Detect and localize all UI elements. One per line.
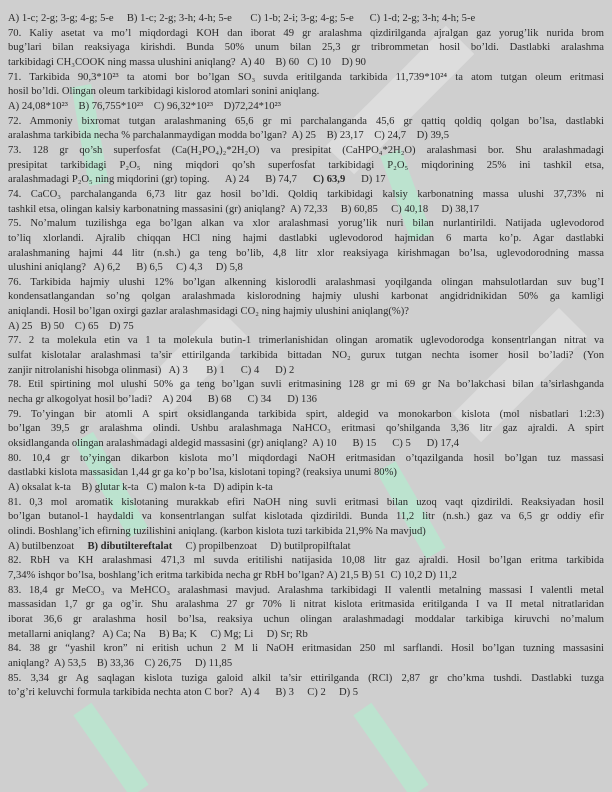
text-line: 73. 128 gr qo’sh superfosfat (Ca(H₂PO₄)₂… (8, 144, 604, 159)
text-line: tarkibidagi CH₃COOK ning massa ulushini … (8, 56, 604, 71)
line-text: presipitat tarkibidagi P₂O₅ ning miqdori… (8, 160, 604, 171)
line-text: sulfat kislotalar aralashmasi ta’sir ett… (8, 350, 604, 361)
line-text: iborat 36,6 gr aralashma hosil bo’lsa, r… (8, 614, 604, 625)
line-text: hosil bo’ldi. Olingan oleum tarkibidagi … (8, 86, 319, 97)
correct-answer: C) 63,9 (313, 174, 345, 185)
line-text: A) 1-c; 2-g; 3-g; 4-g; 5-e B) 1-c; 2-g; … (8, 13, 475, 24)
line-text: 74. CaCO₃ parchalanganda 6,73 litr gaz h… (8, 189, 604, 200)
text-line: 83. 18,4 gr MeCO₃ va MeHCO₃ aralashmasi … (8, 584, 604, 599)
line-text: necha gr alkogolyat hosil bo’ladi? A) 20… (8, 394, 317, 405)
line-text: bug’lari bilan reaksiyaga kirishdi. Bund… (8, 42, 604, 53)
document-page: A) 1-c; 2-g; 3-g; 4-g; 5-e B) 1-c; 2-g; … (8, 12, 604, 701)
text-line: A) 25 B) 50 C) 65 D) 75 (8, 320, 604, 335)
text-line: 7,34% ishqor bo’lsa, boshlang’ich eritma… (8, 569, 604, 584)
text-line: 76. Tarkibida hajmiy ulushi 12% bo’lgan … (8, 276, 604, 291)
line-text: aralashmaning hajmi 44 litr (n.sh.) ga t… (8, 248, 604, 259)
line-text: 7,34% ishqor bo’lsa, boshlang’ich eritma… (8, 570, 457, 581)
line-text: kondensatlangandan so’ng qolgan aralashm… (8, 291, 604, 302)
text-line: A) 1-c; 2-g; 3-g; 4-g; 5-e B) 1-c; 2-g; … (8, 12, 604, 27)
text-line: sulfat kislotalar aralashmasi ta’sir ett… (8, 349, 604, 364)
text-line: massasidan 1,7 gr ga og’ir. Shu aralashm… (8, 598, 604, 613)
line-text: A) 25 B) 50 C) 65 D) 75 (8, 321, 134, 332)
text-line: A) butilbenzoat B) dibutiltereftalat C) … (8, 540, 604, 555)
text-line: bug’lari bilan reaksiyaga kirishdi. Bund… (8, 41, 604, 56)
text-line: 80. 10,4 gr to’yingan dikarbon kislota m… (8, 452, 604, 467)
line-text: 84. 38 gr “yashil kron” ni eritish uchun… (8, 643, 604, 654)
text-line: metallarni aniqlang? A) Ca; Na B) Ba; K … (8, 628, 604, 643)
line-text: dastlabki kislota massasidan 1,44 gr ga … (8, 467, 397, 478)
watermark-shape (353, 703, 428, 792)
text-line: 85. 3,34 gr Ag saqlagan kislota tuziga g… (8, 672, 604, 687)
text-line: oksidlanganda olingan aralashmadagi alde… (8, 437, 604, 452)
text-line: 78. Etil spirtining mol ulushi 50% ga te… (8, 378, 604, 393)
line-text: olindi. Boshlang’ich efirning tuzilishin… (8, 526, 426, 537)
text-line: aniqlandi. Hosil bo’lgan oxirgi gazlar a… (8, 305, 604, 320)
text-line: presipitat tarkibidagi P₂O₅ ning miqdori… (8, 159, 604, 174)
text-line: 77. 2 ta molekula etin va 1 ta molekula … (8, 334, 604, 349)
text-line: aniqlang? A) 53,5 B) 33,36 C) 26,75 D) 1… (8, 657, 604, 672)
line-text: C) propilbenzoat D) butilpropilftalat (172, 541, 350, 552)
text-line: A) oksalat k-ta B) glutar k-ta C) malon … (8, 481, 604, 496)
line-text: 78. Etil spirtining mol ulushi 50% ga te… (8, 379, 604, 390)
line-text: 77. 2 ta molekula etin va 1 ta molekula … (8, 335, 604, 346)
line-text: 72. Ammoniy bixromat tutgan aralashmanin… (8, 116, 604, 127)
correct-answer: B) dibutiltereftalat (87, 541, 172, 552)
text-line: tashkil etsa, olingan kalsiy karbonatnin… (8, 203, 604, 218)
text-line: kondensatlangandan so’ng qolgan aralashm… (8, 290, 604, 305)
text-line: A) 24,08*10²³ B) 76,755*10²³ C) 96,32*10… (8, 100, 604, 115)
text-line: 71. Tarkibida 90,3*10²³ ta atomi bor bo’… (8, 71, 604, 86)
line-text: tashkil etsa, olingan kalsiy karbonatnin… (8, 204, 479, 215)
line-text: A) butilbenzoat (8, 541, 87, 552)
text-line: bo’lgan 39,5 gr aralashma olindi. Ushbu … (8, 422, 604, 437)
line-text: aralashmadagi P₂O₅ ning miqdorini (gr) t… (8, 174, 313, 185)
line-text: D) 17 (345, 174, 385, 185)
text-line: 79. To’yingan bir atomli A spirt oksidla… (8, 408, 604, 423)
line-text: 85. 3,34 gr Ag saqlagan kislota tuziga g… (8, 673, 604, 684)
line-text: A) 24,08*10²³ B) 76,755*10²³ C) 96,32*10… (8, 101, 281, 112)
text-line: olindi. Boshlang’ich efirning tuzilishin… (8, 525, 604, 540)
line-text: to’g’ri keluvchi formula tarkibida necht… (8, 687, 358, 698)
line-text: massasidan 1,7 gr ga og’ir. Shu aralashm… (8, 599, 604, 610)
line-text: 79. To’yingan bir atomli A spirt oksidla… (8, 409, 604, 420)
line-text: 83. 18,4 gr MeCO₃ va MeHCO₃ aralashmasi … (8, 585, 604, 596)
text-line: aralashma tarkibida necha % parchalanmay… (8, 129, 604, 144)
text-line: aralashmadagi P₂O₅ ning miqdorini (gr) t… (8, 173, 604, 188)
text-line: necha gr alkogolyat hosil bo’ladi? A) 20… (8, 393, 604, 408)
text-line: 81. 0,3 mol aromatik kislotaning murakka… (8, 496, 604, 511)
text-line: aralashmaning hajmi 44 litr (n.sh.) ga t… (8, 247, 604, 262)
line-text: 75. No’malum tuzilishga ega bo’lgan alka… (8, 218, 604, 229)
text-line: bo’lgan butanol-1 haydaldi va konsentrla… (8, 510, 604, 525)
text-line: iborat 36,6 gr aralashma hosil bo’lsa, r… (8, 613, 604, 628)
line-text: aniqlang? A) 53,5 B) 33,36 C) 26,75 D) 1… (8, 658, 232, 669)
line-text: 71. Tarkibida 90,3*10²³ ta atomi bor bo’… (8, 72, 604, 83)
text-line: 82. RbH va KH aralashmasi 471,3 ml suvda… (8, 554, 604, 569)
line-text: bo’lgan butanol-1 haydaldi va konsentrla… (8, 511, 604, 522)
line-text: ulushini aniqlang? A) 6,2 B) 6,5 C) 4,3 … (8, 262, 243, 273)
text-line: hosil bo’ldi. Olingan oleum tarkibidagi … (8, 85, 604, 100)
line-text: to’liq xlorlandi. Ajralib chiqqan HCl ni… (8, 233, 604, 244)
text-line: 75. No’malum tuzilishga ega bo’lgan alka… (8, 217, 604, 232)
line-text: zanjir nitrolanishi hisobga olinmasi) A)… (8, 365, 294, 376)
line-text: aralashma tarkibida necha % parchalanmay… (8, 130, 449, 141)
watermark-shape (73, 703, 148, 792)
line-text: 82. RbH va KH aralashmasi 471,3 ml suvda… (8, 555, 604, 566)
line-text: 73. 128 gr qo’sh superfosfat (Ca(H₂PO₄)₂… (8, 145, 604, 156)
text-line: 74. CaCO₃ parchalanganda 6,73 litr gaz h… (8, 188, 604, 203)
line-text: aniqlandi. Hosil bo’lgan oxirgi gazlar a… (8, 306, 409, 317)
line-text: bo’lgan 39,5 gr aralashma olindi. Ushbu … (8, 423, 604, 434)
text-line: to’liq xlorlandi. Ajralib chiqqan HCl ni… (8, 232, 604, 247)
line-text: 80. 10,4 gr to’yingan dikarbon kislota m… (8, 453, 604, 464)
line-text: 81. 0,3 mol aromatik kislotaning murakka… (8, 497, 604, 508)
text-line: 70. Kaliy asetat va mo’l miqdordagi KOH … (8, 27, 604, 42)
line-text: tarkibidagi CH₃COOK ning massa ulushini … (8, 57, 366, 68)
line-text: 70. Kaliy asetat va mo’l miqdordagi KOH … (8, 28, 604, 39)
line-text: metallarni aniqlang? A) Ca; Na B) Ba; K … (8, 629, 308, 640)
line-text: oksidlanganda olingan aralashmadagi alde… (8, 438, 459, 449)
line-text: A) oksalat k-ta B) glutar k-ta C) malon … (8, 482, 273, 493)
text-line: zanjir nitrolanishi hisobga olinmasi) A)… (8, 364, 604, 379)
text-line: dastlabki kislota massasidan 1,44 gr ga … (8, 466, 604, 481)
line-text: 76. Tarkibida hajmiy ulushi 12% bo’lgan … (8, 277, 604, 288)
text-line: 72. Ammoniy bixromat tutgan aralashmanin… (8, 115, 604, 130)
text-line: 84. 38 gr “yashil kron” ni eritish uchun… (8, 642, 604, 657)
text-line: to’g’ri keluvchi formula tarkibida necht… (8, 686, 604, 701)
text-line: ulushini aniqlang? A) 6,2 B) 6,5 C) 4,3 … (8, 261, 604, 276)
